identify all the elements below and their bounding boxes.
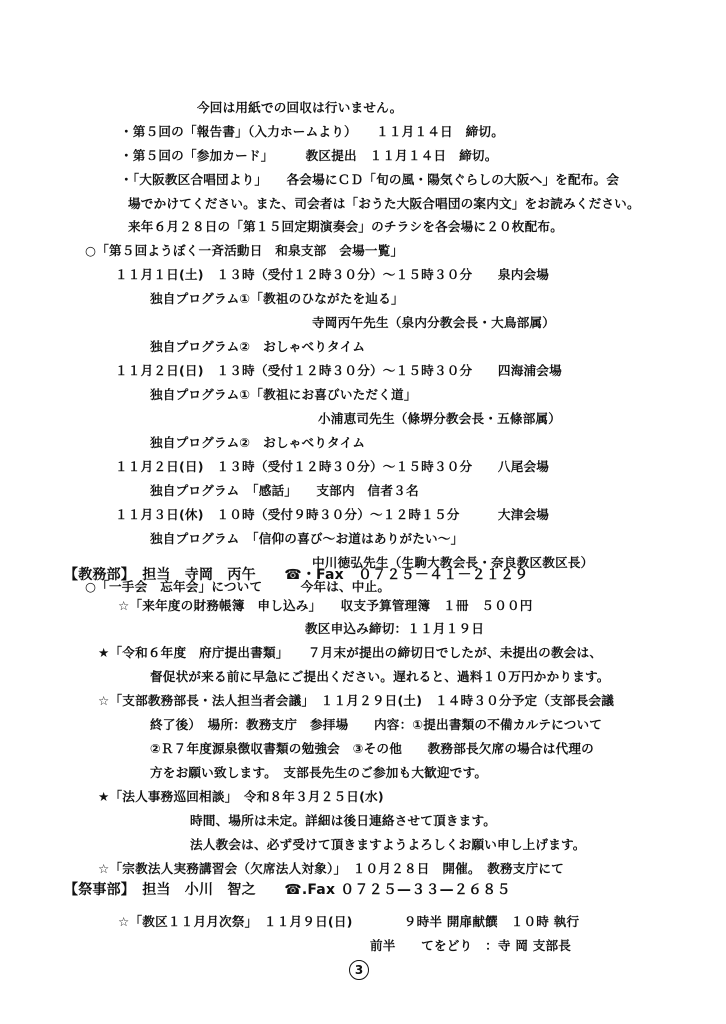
kyomu-line: ☆「宗教法人実務講習会（欠席法人対象）」 １０月２８日 開催。 教務支庁にて bbox=[98, 861, 564, 877]
section-header-kyomu: 【教務部】 担当 寺岡 丙午 ☎・Fax ０７２５－４１－２１２９ bbox=[64, 567, 528, 583]
kyomu-line: 時間、場所は未定。詳細は後日連絡させて頂きます。 bbox=[190, 813, 496, 829]
body-line: １１月２日(日) １３時（受付１２時３０分）～１５時３０分 四海浦会場 bbox=[115, 363, 562, 379]
body-line: 独自プログラム①「教祖にお喜びいただく道」 bbox=[150, 387, 417, 403]
kyomu-line: ☆「来年度の財務帳簿 申し込み」 収支予算管理簿 １冊 ５００円 bbox=[118, 598, 533, 614]
body-line: ・「大阪教区合唱団より」 各会場にＣＤ「旬の風・陽気ぐらしの大阪へ」を配布。会 bbox=[120, 172, 619, 188]
saiji-line: 前半 てをどり ：寺 岡 支部長 bbox=[370, 938, 571, 954]
body-line: 場でかけてください。また、司会者は「おうた大阪合唱団の案内文」をお読みください。 bbox=[128, 196, 640, 212]
kyomu-line: ☆「支部教務部長・法人担当者会議」 １１月２９日(土) １４時３０分予定（支部長… bbox=[98, 693, 614, 709]
body-line: 独自プログラム①「教祖のひながたを辿る」 bbox=[150, 291, 404, 307]
body-line: ・第５回の「参加カード」 教区提出 １１月１４日 締切。 bbox=[120, 148, 498, 164]
section-header-saiji: 【祭事部】 担当 小川 智之 ☎.Fax ０７２５—３３—２６８５ bbox=[64, 882, 511, 898]
kyomu-line: 終了後） 場所：教務支庁 参拝場 内容：①提出書類の不備カルテについて bbox=[150, 717, 602, 733]
body-line: 小浦恵司先生（條堺分教会長・五條部属） bbox=[318, 411, 561, 427]
page-number: 3 bbox=[349, 960, 369, 980]
body-line: 来年６月２８日の「第１５回定期演奏会」のチラシを各会場に２０枚配布。 bbox=[128, 219, 563, 235]
kyomu-line: 法人教会は、必ず受けて頂きますようよろしくお願い申し上げます。 bbox=[190, 837, 586, 853]
body-line: 今回は用紙での回収は行いません。 bbox=[197, 100, 402, 116]
kyomu-line: 督促状が来る前に早急にご提出ください。遅れると、過料１０万円かかります。 bbox=[150, 669, 610, 685]
kyomu-line: ★「令和６年度 府庁提出書類」 ７月末が提出の締切日でしたが、未提出の教会は、 bbox=[98, 645, 602, 661]
kyomu-line: ★「法人事務巡回相談」 令和８年３月２５日(水) bbox=[98, 789, 384, 805]
kyomu-line: ②Ｒ７年度源泉徴収書類の勉強会 ③その他 教務部長欠席の場合は代理の bbox=[150, 741, 594, 757]
saiji-line: ☆「教区１１月月次祭」 １１月９日(日) ９時半 開扉献饌 １０時 執行 bbox=[118, 914, 579, 930]
body-line: ○「第５回ようぼく一斉活動日 和泉支部 会場一覧」 bbox=[85, 243, 403, 259]
body-line: 独自プログラム② おしゃべりタイム bbox=[150, 339, 365, 355]
kyomu-line: 方をお願い致します。 支部長先生のご参加も大歓迎です。 bbox=[150, 765, 487, 781]
body-line: １１月３日(休) １０時（受付９時３０分）～１２時１５分 大津会場 bbox=[115, 507, 549, 523]
body-line: 寺岡丙午先生（泉内分教会長・大鳥部属） bbox=[312, 315, 555, 331]
body-line: １１月２日(日) １３時（受付１２時３０分）～１５時３０分 八尾会場 bbox=[115, 459, 549, 475]
body-line: ・第５回の「報告書」（入力ホームより） １１月１４日 締切。 bbox=[120, 124, 504, 140]
body-line: 独自プログラム 「信仰の喜び～お道はありがたい～」 bbox=[150, 531, 463, 547]
body-line: １１月１日(土) １３時（受付１２時３０分）～１５時３０分 泉内会場 bbox=[115, 267, 549, 283]
body-line: 独自プログラム 「感話」 支部内 信者３名 bbox=[150, 483, 419, 499]
kyomu-line: 教区申込み締切：１１月１９日 bbox=[305, 621, 484, 637]
body-line: 独自プログラム② おしゃべりタイム bbox=[150, 435, 365, 451]
